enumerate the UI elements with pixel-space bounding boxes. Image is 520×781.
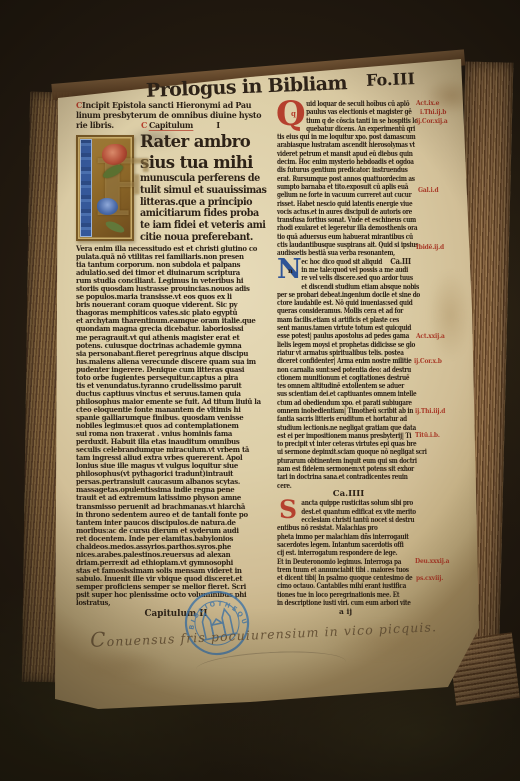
margin-citation: Ibidē.ij.d — [416, 243, 444, 251]
incipit-text: rie libris. — [76, 120, 114, 130]
medium-lines: munuscula perferens detulit simul et sua… — [140, 173, 276, 244]
book-photo: Prologus in Bibliam Fo.III CIncipit Epis… — [0, 0, 520, 781]
incipit-line-2: linum presbyterum de omnibus diuine hyst… — [76, 110, 270, 120]
margin-citation: ij.Cor.x.b — [414, 357, 442, 365]
margin-citation: Gal.i.d — [418, 186, 438, 194]
margin-citation: i.Thi.ij.b — [420, 108, 446, 116]
text-line: cere. — [277, 482, 393, 490]
left-column: CIncipit Epistola sancti Hieronymi ad Pa… — [76, 100, 276, 619]
big-lines: Rater ambrosius tua mihi — [140, 132, 276, 173]
incipit-text: Incipit Epistola sancti Hieronymi ad Pau — [82, 100, 251, 110]
chapter-4-block: S ancta quippe rusticitas solum sibi pro… — [277, 499, 420, 524]
incipit-line-3: rie libris.CCapitulumI — [76, 120, 270, 130]
right-column: Q q uid loquar de seculi hoībus cū aplōp… — [277, 100, 420, 616]
illuminated-initial-F: F — [76, 135, 134, 241]
margin-citation: Titū.i.b. — [415, 431, 440, 439]
pilcrow-icon: C — [141, 120, 147, 130]
text-line: citie noua preferebant. — [140, 232, 268, 244]
margin-citation: ij.Thi.iij.d — [415, 407, 445, 415]
margin-citation: Act.ix.e — [416, 99, 439, 107]
initial-blue-flower — [97, 198, 118, 215]
n-indented-lines: in me tale:quod vel possis a me audire v… — [277, 266, 420, 291]
text-line: Rater ambro — [140, 132, 276, 153]
chapter-1-label: Capitulum — [149, 120, 193, 131]
text-line: in descriptione iusti viri. cum eum arbo… — [277, 599, 393, 607]
chapter-q-block: Q q uid loquar de seculi hoībus cū aplōp… — [277, 100, 420, 133]
margin-citation: ij.Cor.xij.a — [416, 117, 448, 125]
right-body-lines-a: tis eius qui in me loquitur xpo. post da… — [277, 133, 420, 257]
q-indented-lines: uid loquar de seculi hoībus cū aplōpaulu… — [277, 100, 420, 133]
page-content: Prologus in Bibliam Fo.III CIncipit Epis… — [0, 0, 520, 781]
folio-number: Fo.III — [366, 69, 416, 90]
right-body-lines-c: entibus nō resistat. Malachias propheta … — [277, 524, 420, 607]
chapter-3-block: N n ec hoc dico quod sit aliquidCa.III i… — [277, 258, 420, 291]
opening-paragraph: F Rater ambrosius tua mihi munuscula per… — [76, 132, 276, 245]
initial-blue-bar — [80, 139, 92, 237]
running-title: Prologus in Bibliam — [146, 72, 348, 102]
text-line: sius tua mihi — [140, 153, 276, 174]
text-line: tari in doctrina sana.et contradicentes … — [277, 473, 393, 481]
left-body-lines: Vera enim illa necessitudo est et christ… — [76, 245, 276, 607]
chapter-1-number: I — [216, 120, 219, 130]
incipit-line-1: CIncipit Epistola sancti Hieronymi ad Pa… — [76, 100, 270, 110]
right-body-lines-b: per se probari debeat.ingenium docile et… — [277, 291, 420, 490]
margin-citation: Act.xxij.a — [416, 332, 445, 340]
margin-citation: ps.cxviij. — [416, 574, 443, 582]
margin-citation: Deu.xxxij.a — [415, 557, 449, 565]
s-indented-lines: ancta quippe rusticitas solum sibi prode… — [277, 499, 420, 524]
